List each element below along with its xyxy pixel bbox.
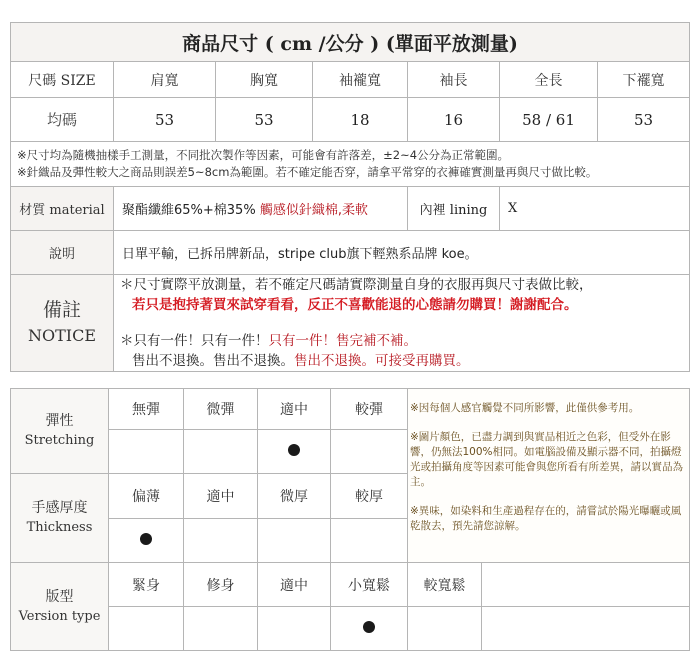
description-label: 說明 [11,231,114,275]
version-options-row: 版型 Version type 緊身 修身 適中 小寬鬆 較寬鬆 [11,563,690,607]
notice-line-measure: ＊尺寸實際平放測量，若不確定尺碼請實際測量自身的衣服再與尺寸表做比較， [120,275,689,295]
reference-note: ※因每個人感官觸覺不同所影響，此僅供參考用。 [410,401,685,416]
value-armhole-width: 18 [313,98,408,142]
stretching-option: 較彈 [331,389,408,430]
thickness-option: 適中 [184,474,258,519]
material-value: 聚酯纖維65%+棉35% 觸感似針織棉,柔軟 [114,187,408,231]
version-option: 小寬鬆 [331,563,408,607]
version-mark-row [11,607,690,651]
version-type-label: 版型 Version type [11,563,109,651]
measurement-note: ※針織品及彈性較大之商品則誤差5~8cm為範圍。若不確定能否穿，請拿平常穿的衣褲… [17,164,683,181]
lining-label: 內裡 lining [408,187,500,231]
fabric-attribute-table: 彈性 Stretching 無彈 微彈 適中 較彈 ※因每個人感官觸覺不同所影響… [10,388,690,651]
thickness-label: 手感厚度 Thickness [11,474,109,563]
value-chest-width: 53 [216,98,313,142]
size-value-row: 均碼 53 53 18 16 58 / 61 53 [11,98,690,142]
measurement-note: ※尺寸均為隨機抽樣手工測量，不同批次製作等因素，可能會有許落差，±2~4公分為正… [17,147,683,164]
version-option: 適中 [258,563,331,607]
material-feel: 觸感似針織棉,柔軟 [260,203,368,218]
notice-line-returns: 售出不退換。售出不退換。售出不退換。可接受再購買。 [120,351,689,371]
notice-label-zh: 備註 [11,297,113,323]
notice-label: 備註 NOTICE [11,275,114,372]
notice-content: ＊尺寸實際平放測量，若不確定尺碼請實際測量自身的衣服再與尺寸表做比較， 若只是抱… [114,275,690,372]
header-size: 尺碼 SIZE [11,62,114,98]
stretching-option: 適中 [258,389,331,430]
header-chest-width: 胸寬 [216,62,313,98]
stretching-options-row: 彈性 Stretching 無彈 微彈 適中 較彈 ※因每個人感官觸覺不同所影響… [11,389,690,430]
thickness-option: 偏薄 [109,474,184,519]
value-hem-width: 53 [598,98,690,142]
notice-row: 備註 NOTICE ＊尺寸實際平放測量，若不確定尺碼請實際測量自身的衣服再與尺寸… [11,275,690,372]
header-armhole-width: 袖襱寬 [313,62,408,98]
header-shoulder-width: 肩寬 [114,62,216,98]
reference-note: ※異味，如染料和生產過程存在的，請嘗試於陽光曝曬或風乾散去，預先請您諒解。 [410,504,685,534]
notice-line-stock: ＊只有一件！只有一件！只有一件！售完補不補。 [120,331,689,351]
thickness-option: 微厚 [258,474,331,519]
lining-value: X [500,187,690,231]
reference-notes: ※因每個人感官觸覺不同所影響，此僅供參考用。 ※圖片顏色，已盡力調到與實品相近之… [408,389,690,563]
value-sleeve-length: 16 [408,98,500,142]
measurement-notes: ※尺寸均為隨機抽樣手工測量，不同批次製作等因素，可能會有許落差，±2~4公分為正… [11,142,690,187]
size-name: 均碼 [11,98,114,142]
version-option: 較寬鬆 [408,563,482,607]
header-sleeve-length: 袖長 [408,62,500,98]
reference-note: ※圖片顏色，已盡力調到與實品相近之色彩，但受外在影響，仍無法100%相同。如電腦… [410,430,685,490]
material-composition: 聚酯纖維65%+棉35% [122,203,256,218]
stretching-option: 微彈 [184,389,258,430]
selected-dot-icon [140,533,152,545]
size-chart-title: 商品尺寸 ( cm /公分 ) (單面平放測量) [11,23,690,62]
header-total-length: 全長 [500,62,598,98]
selected-dot-icon [288,444,300,456]
value-total-length: 58 / 61 [500,98,598,142]
thickness-option: 較厚 [331,474,408,519]
version-option: 修身 [184,563,258,607]
description-row: 說明 日單平輸，已拆吊牌新品，stripe club旗下輕熟系品牌 koe。 [11,231,690,275]
version-option: 緊身 [109,563,184,607]
stretching-label: 彈性 Stretching [11,389,109,474]
material-row: 材質 material 聚酯纖維65%+棉35% 觸感似針織棉,柔軟 內裡 li… [11,187,690,231]
notice-line-warning: 若只是抱持著買來試穿看看，反正不喜歡能退的心態請勿購買！謝謝配合。 [120,295,689,315]
description-text: 日單平輸，已拆吊牌新品，stripe club旗下輕熟系品牌 koe。 [114,231,690,275]
size-header-row: 尺碼 SIZE 肩寬 胸寬 袖襱寬 袖長 全長 下襬寬 [11,62,690,98]
size-chart-table: 商品尺寸 ( cm /公分 ) (單面平放測量) 尺碼 SIZE 肩寬 胸寬 袖… [10,22,690,372]
notice-label-en: NOTICE [11,323,113,349]
selected-dot-icon [363,621,375,633]
header-hem-width: 下襬寬 [598,62,690,98]
material-label: 材質 material [11,187,114,231]
value-shoulder-width: 53 [114,98,216,142]
stretching-option: 無彈 [109,389,184,430]
